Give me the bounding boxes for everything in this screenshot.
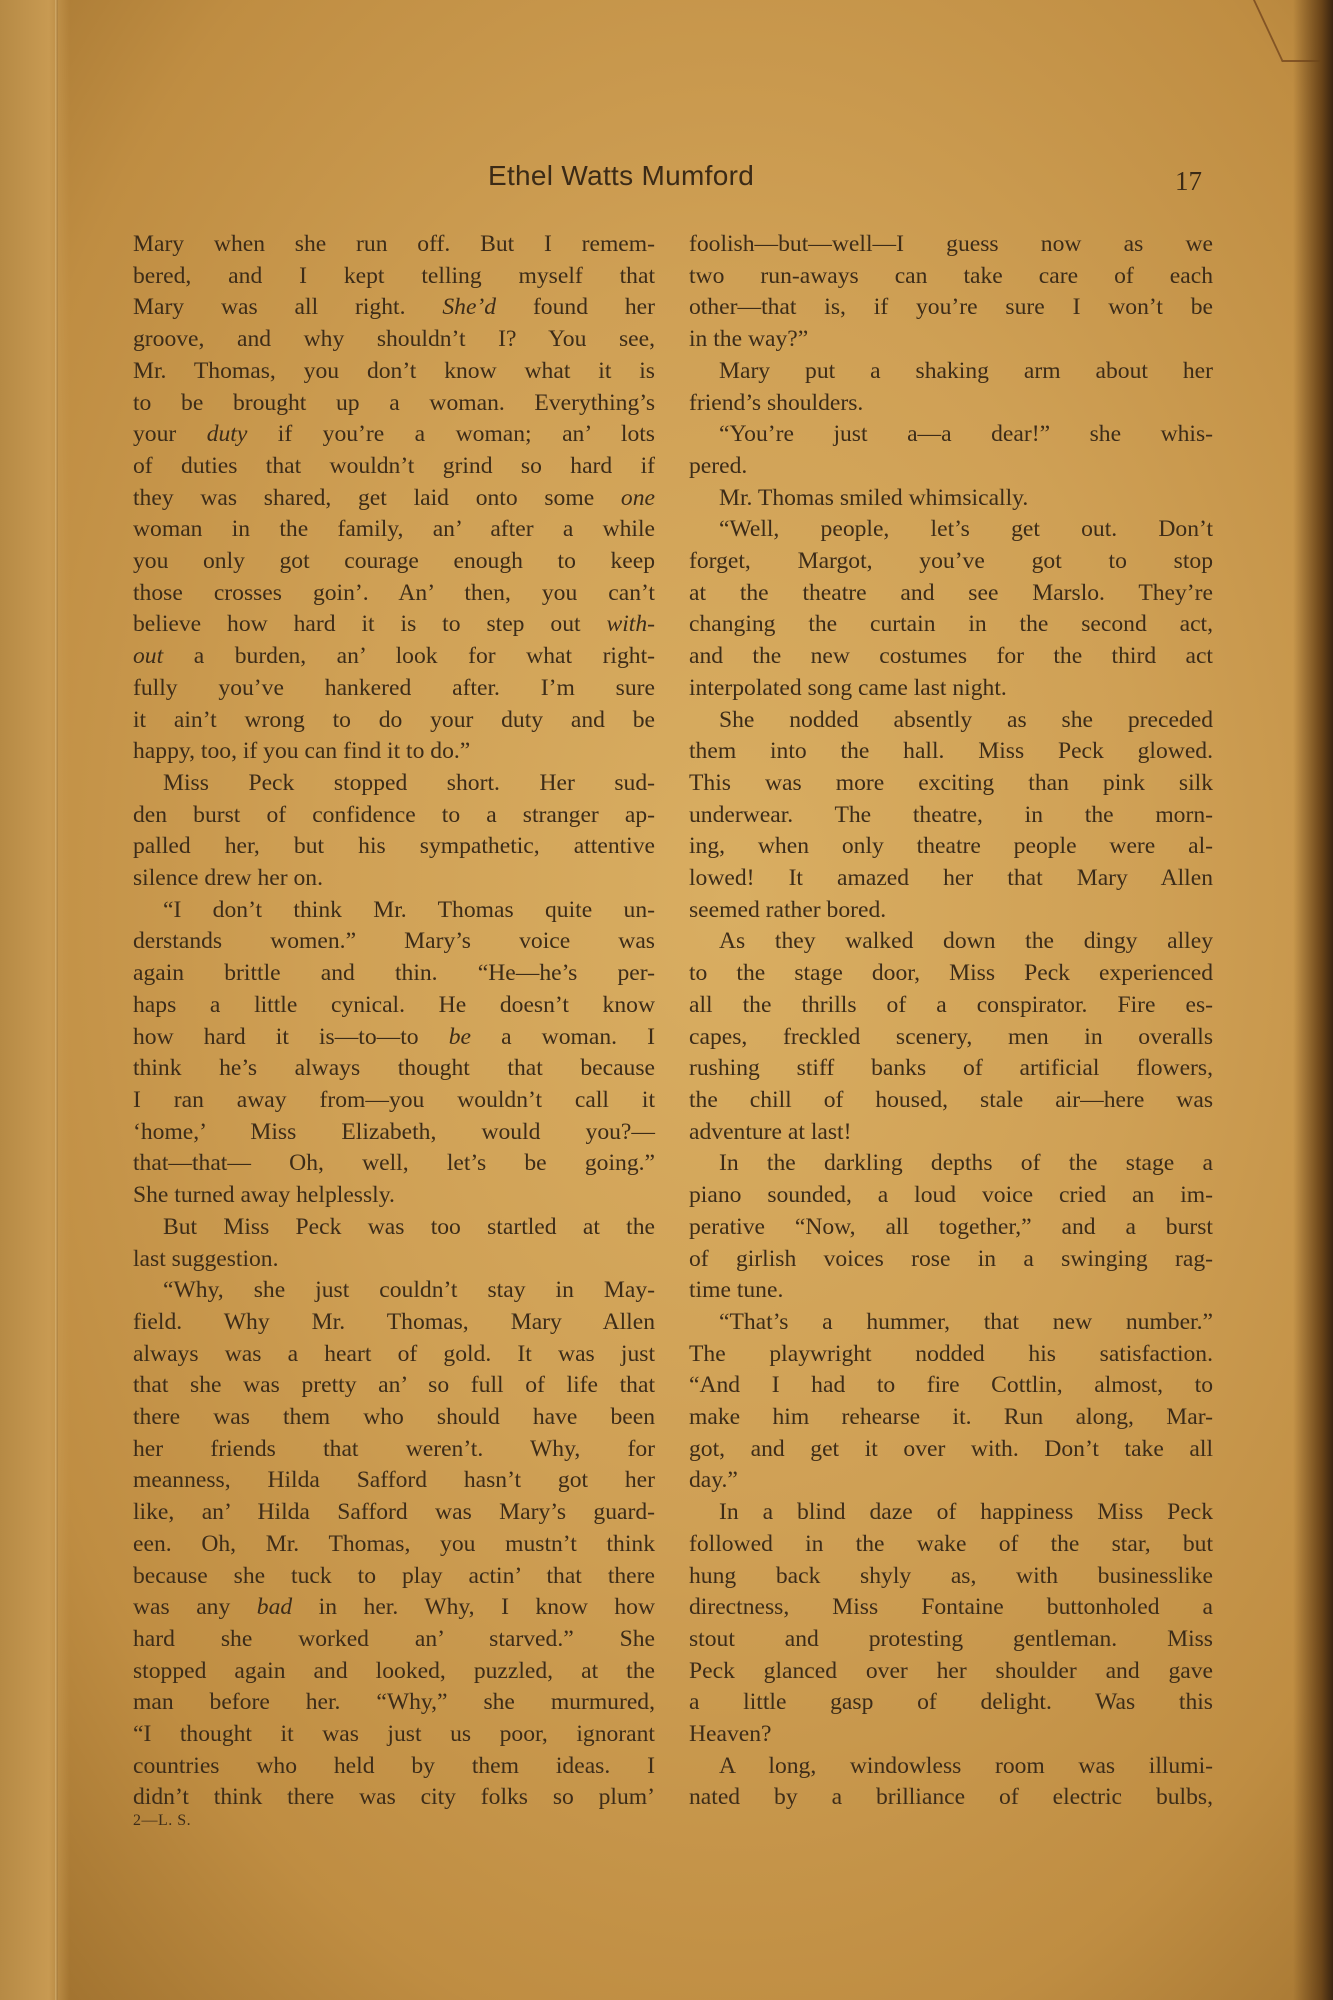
text-line: Mary was all right. She’d found her <box>133 292 655 324</box>
text-line: to the stage door, Miss Peck experienced <box>689 958 1213 990</box>
text-line: “You’re just a—a dear!” she whis- <box>689 419 1213 451</box>
paragraph: Mary put a shaking arm about herfriend’s… <box>689 356 1213 419</box>
text-line: her friends that weren’t. Why, for <box>133 1434 655 1466</box>
text-line: there was them who should have been <box>133 1402 655 1434</box>
text-line: meanness, Hilda Safford hasn’t got her <box>133 1465 655 1497</box>
text-line: again brittle and thin. “He—he’s per- <box>133 958 655 990</box>
text-line: I ran away from—you wouldn’t call it <box>133 1085 655 1117</box>
text-line: last suggestion. <box>133 1244 655 1276</box>
text-line: day.” <box>689 1465 1213 1497</box>
binding-edge <box>55 0 58 2000</box>
text-line: ‘home,’ Miss Elizabeth, would you?— <box>133 1117 655 1149</box>
text-line: een. Oh, Mr. Thomas, you mustn’t think <box>133 1529 655 1561</box>
text-line: palled her, but his sympathetic, attenti… <box>133 831 655 863</box>
text-line: In a blind daze of happiness Miss Peck <box>689 1497 1213 1529</box>
text-line: “Well, people, let’s get out. Don’t <box>689 514 1213 546</box>
text-line: followed in the wake of the star, but <box>689 1529 1213 1561</box>
book-page: Ethel Watts Mumford 17 Mary when she run… <box>0 0 1333 2000</box>
text-line: She turned away helplessly. <box>133 1180 655 1212</box>
text-line: interpolated song came last night. <box>689 673 1213 705</box>
text-line: pered. <box>689 451 1213 483</box>
text-line: As they walked down the dingy alley <box>689 926 1213 958</box>
text-line: seemed rather bored. <box>689 895 1213 927</box>
paragraph: Mary when she run off. But I remem-bered… <box>133 229 655 768</box>
text-line: changing the curtain in the second act, <box>689 609 1213 641</box>
paragraph: As they walked down the dingy alleyto th… <box>689 926 1213 1148</box>
text-line: make him rehearse it. Run along, Mar- <box>689 1402 1213 1434</box>
text-line: hard she worked an’ starved.” She <box>133 1624 655 1656</box>
text-line: Miss Peck stopped short. Her sud- <box>133 768 655 800</box>
text-line: woman in the family, an’ after a while <box>133 514 655 546</box>
text-line: In the darkling depths of the stage a <box>689 1148 1213 1180</box>
text-line: two run-aways can take care of each <box>689 261 1213 293</box>
text-line: at the theatre and see Marslo. They’re <box>689 578 1213 610</box>
text-line: But Miss Peck was too startled at the <box>133 1212 655 1244</box>
text-line: Mr. Thomas smiled whimsically. <box>689 483 1213 515</box>
text-line: the chill of housed, stale air—here was <box>689 1085 1213 1117</box>
text-line: always was a heart of gold. It was just <box>133 1339 655 1371</box>
running-head-author: Ethel Watts Mumford <box>488 160 754 192</box>
text-line: think he’s always thought that because <box>133 1053 655 1085</box>
signature-mark: 2—L. S. <box>133 1812 191 1830</box>
text-line: perative “Now, all together,” and a burs… <box>689 1212 1213 1244</box>
paragraph: “That’s a hummer, that new number.”The p… <box>689 1307 1213 1497</box>
text-line: piano sounded, a loud voice cried an im- <box>689 1180 1213 1212</box>
text-line: those crosses goin’. An’ then, you can’t <box>133 578 655 610</box>
right-text-column: foolish—but—well—I guess now as wetwo ru… <box>689 229 1213 1814</box>
text-line: countries who held by them ideas. I <box>133 1751 655 1783</box>
text-line: groove, and why shouldn’t I? You see, <box>133 324 655 356</box>
text-line: rushing stiff banks of artificial flower… <box>689 1053 1213 1085</box>
text-line: that—that— Oh, well, let’s be going.” <box>133 1148 655 1180</box>
page-number: 17 <box>1175 166 1202 197</box>
paragraph: In a blind daze of happiness Miss Peckfo… <box>689 1497 1213 1751</box>
text-line: “And I had to fire Cottlin, almost, to <box>689 1370 1213 1402</box>
text-line: foolish—but—well—I guess now as we <box>689 229 1213 261</box>
paragraph: But Miss Peck was too startled at thelas… <box>133 1212 655 1275</box>
text-line: because she tuck to play actin’ that the… <box>133 1561 655 1593</box>
paragraph: Mr. Thomas smiled whimsically. <box>689 483 1213 515</box>
text-line: hung back shyly as, with businesslike <box>689 1561 1213 1593</box>
text-line: all the thrills of a conspirator. Fire e… <box>689 990 1213 1022</box>
text-line: man before her. “Why,” she murmured, <box>133 1687 655 1719</box>
paragraph: Miss Peck stopped short. Her sud-den bur… <box>133 768 655 895</box>
text-line: Mary put a shaking arm about her <box>689 356 1213 388</box>
paragraph: She nodded absently as she precededthem … <box>689 705 1213 927</box>
text-line: fully you’ve hankered after. I’m sure <box>133 673 655 705</box>
text-line: out a burden, an’ look for what right- <box>133 641 655 673</box>
text-line: you only got courage enough to keep <box>133 546 655 578</box>
text-line: how hard it is—to—to be a woman. I <box>133 1022 655 1054</box>
text-line: Heaven? <box>689 1719 1213 1751</box>
text-line: time tune. <box>689 1275 1213 1307</box>
text-line: silence drew her on. <box>133 863 655 895</box>
text-line: believe how hard it is to step out with- <box>133 609 655 641</box>
text-line: Peck glanced over her shoulder and gave <box>689 1656 1213 1688</box>
text-line: A long, windowless room was illumi- <box>689 1751 1213 1783</box>
paragraph: In the darkling depths of the stage apia… <box>689 1148 1213 1307</box>
text-line: of girlish voices rose in a swinging rag… <box>689 1244 1213 1276</box>
text-line: capes, freckled scenery, men in overalls <box>689 1022 1213 1054</box>
text-line: This was more exciting than pink silk <box>689 768 1213 800</box>
text-line: and the new costumes for the third act <box>689 641 1213 673</box>
text-line: was any bad in her. Why, I know how <box>133 1592 655 1624</box>
text-line: forget, Margot, you’ve got to stop <box>689 546 1213 578</box>
text-line: your duty if you’re a woman; an’ lots <box>133 419 655 451</box>
paragraph: “You’re just a—a dear!” she whis-pered. <box>689 419 1213 482</box>
text-line: they was shared, get laid onto some one <box>133 483 655 515</box>
text-line: Mr. Thomas, you don’t know what it is <box>133 356 655 388</box>
paragraph: “Well, people, let’s get out. Don’tforge… <box>689 514 1213 704</box>
paragraph: “Why, she just couldn’t stay in May-fiel… <box>133 1275 655 1814</box>
dog-ear-corner <box>1253 0 1333 62</box>
text-line: den burst of confidence to a stranger ap… <box>133 800 655 832</box>
text-line: to be brought up a woman. Everything’s <box>133 388 655 420</box>
text-line: “Why, she just couldn’t stay in May- <box>133 1275 655 1307</box>
text-line: Mary when she run off. But I remem- <box>133 229 655 261</box>
text-line: The playwright nodded his satisfaction. <box>689 1339 1213 1371</box>
text-line: friend’s shoulders. <box>689 388 1213 420</box>
text-line: “I don’t think Mr. Thomas quite un- <box>133 895 655 927</box>
text-line: haps a little cynical. He doesn’t know <box>133 990 655 1022</box>
text-line: them into the hall. Miss Peck glowed. <box>689 736 1213 768</box>
text-line: adventure at last! <box>689 1117 1213 1149</box>
text-line: stout and protesting gentleman. Miss <box>689 1624 1213 1656</box>
text-line: derstands women.” Mary’s voice was <box>133 926 655 958</box>
left-text-column: Mary when she run off. But I remem-bered… <box>133 229 655 1814</box>
text-line: ing, when only theatre people were al- <box>689 831 1213 863</box>
running-header: Ethel Watts Mumford 17 <box>0 160 1333 200</box>
text-line: in the way?” <box>689 324 1213 356</box>
text-line: “That’s a hummer, that new number.” <box>689 1307 1213 1339</box>
paragraph: A long, windowless room was illumi-nated… <box>689 1751 1213 1814</box>
text-line: other—that is, if you’re sure I won’t be <box>689 292 1213 324</box>
text-line: “I thought it was just us poor, ignorant <box>133 1719 655 1751</box>
text-line: got, and get it over with. Don’t take al… <box>689 1434 1213 1466</box>
text-line: that she was pretty an’ so full of life … <box>133 1370 655 1402</box>
text-line: like, an’ Hilda Safford was Mary’s guard… <box>133 1497 655 1529</box>
paragraph: “I don’t think Mr. Thomas quite un-derst… <box>133 895 655 1212</box>
text-line: a little gasp of delight. Was this <box>689 1687 1213 1719</box>
text-line: lowed! It amazed her that Mary Allen <box>689 863 1213 895</box>
text-line: stopped again and looked, puzzled, at th… <box>133 1656 655 1688</box>
text-line: it ain’t wrong to do your duty and be <box>133 705 655 737</box>
text-line: field. Why Mr. Thomas, Mary Allen <box>133 1307 655 1339</box>
paragraph: foolish—but—well—I guess now as wetwo ru… <box>689 229 1213 356</box>
text-line: directness, Miss Fontaine buttonholed a <box>689 1592 1213 1624</box>
text-line: She nodded absently as she preceded <box>689 705 1213 737</box>
text-line: bered, and I kept telling myself that <box>133 261 655 293</box>
text-line: underwear. The theatre, in the morn- <box>689 800 1213 832</box>
text-line: happy, too, if you can find it to do.” <box>133 736 655 768</box>
text-line: nated by a brilliance of electric bulbs, <box>689 1782 1213 1814</box>
text-line: of duties that wouldn’t grind so hard if <box>133 451 655 483</box>
text-line: didn’t think there was city folks so plu… <box>133 1782 655 1814</box>
